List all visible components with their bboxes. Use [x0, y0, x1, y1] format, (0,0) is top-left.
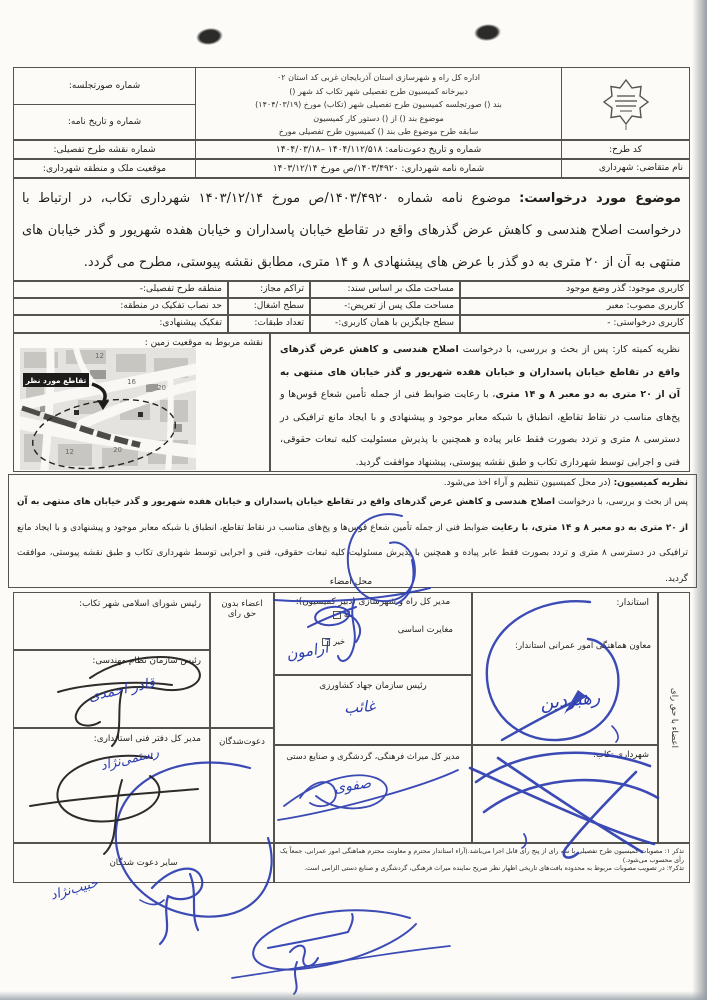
shahrdari-cell: شهرداری تکاب: — [472, 745, 658, 843]
invitees-cell: دعوت‌شدگان — [210, 728, 274, 843]
road-number: 20 — [113, 446, 122, 454]
info-cell: سطح جایگزین با همان کاربری:- — [310, 315, 460, 333]
road-number: 12 — [95, 352, 104, 360]
map-no-label: شماره نقشه طرح تفصیلی: — [53, 145, 155, 155]
commission-label: نظریه کمیسیون: — [614, 478, 688, 488]
no-vote-label: اعضاء بدون حق رای — [211, 593, 273, 619]
road-number: 20 — [157, 384, 166, 392]
info-cell: حد نصاب تفکیک در منطقه: — [13, 298, 228, 315]
footnote-2: تذکر۲: در تصویب مصوبات مربوط به محدوده ب… — [280, 864, 684, 873]
footnotes-cell: تذکر ۱: مصوبات کمیسیون طرح تفصیلی با سه … — [274, 843, 690, 883]
header-cell-logo — [561, 67, 690, 140]
signature-bottom-center — [232, 910, 450, 994]
page-edge-shadow-bottom — [0, 991, 707, 1000]
committee-pre: پس از بحث و بررسی، با درخواست — [459, 344, 613, 355]
committee-opinion-cell: نظریه کمیته کار: پس از بحث و بررسی، با د… — [270, 333, 690, 472]
map-label-text: تقاطع مورد نظر — [25, 376, 87, 385]
road-number: 16 — [127, 378, 136, 386]
footnote-1: تذکر ۱: مصوبات کمیسیون طرح تفصیلی با سه … — [280, 847, 684, 864]
fanni-label: مدیر کل دفتر فنی استانداری: — [14, 729, 209, 744]
plan-code-label: کد طرح: — [609, 145, 642, 155]
office-line-2: دبیرخانه کمیسیون طرح تفصیلی شهر تکاب کد … — [196, 85, 561, 99]
info-cell: سطح اشغال: — [228, 298, 310, 315]
yes-checkbox: بله — [333, 610, 353, 619]
jahad-label: رئیس سازمان جهاد کشاورزی — [275, 676, 471, 691]
info-subdiv-proposed: تفکیک پیشنهادی: — [14, 316, 227, 328]
council-label: رئیس شورای اسلامی شهر تکاب: — [14, 593, 209, 609]
office-line-1: اداره کل راه و شهرسازی استان آذربایجان غ… — [196, 71, 561, 85]
heritage-cell: مدیر کل میراث فرهنگی، گردشگری و صنایع دس… — [274, 745, 472, 843]
info-floors: تعداد طبقات: — [229, 316, 309, 328]
info-density: تراکم مجاز: — [229, 282, 309, 294]
header-cell-location: موقعیت ملک و منطقه شهرداری: — [13, 159, 196, 178]
info-subdiv-limit: حد نصاب تفکیک در منطقه: — [14, 299, 227, 311]
request-block: موضوع مورد درخواست: موضوع نامه شماره ۱۴۰… — [13, 178, 690, 281]
handwriting-jahad-status: غائب — [343, 697, 376, 717]
info-cell: مساحت ملک بر اساس سند: — [310, 281, 460, 298]
committee-post: ، با رعایت ضوابط فنی از جمله تأمین شعاع … — [280, 389, 680, 468]
header-cell-applicant: نام متقاضی: شهرداری — [561, 159, 690, 178]
yes-label: بله — [344, 610, 353, 619]
map-caption: نقشه مربوط به موقعیت زمین : — [14, 334, 269, 348]
governor-cell: استاندار: معاون هماهنگی امور عمرانی استا… — [472, 592, 658, 745]
council-cell: رئیس شورای اسلامی شهر تکاب: — [13, 592, 210, 650]
info-cell: منطقه طرح تفصیلی:- — [13, 281, 228, 298]
committee-label: نظریه کمیته کار: — [612, 344, 680, 355]
others-cell: سایر دعوت شدگان — [13, 843, 274, 883]
minutes-no-label: شماره صورتجلسه: — [69, 81, 140, 91]
header-cell-minutes-no: شماره صورتجلسه: — [13, 67, 196, 105]
info-usage-requested: کاربری درخواستی: - — [461, 316, 689, 328]
letter-no-label: شماره و تاریخ نامه: — [68, 117, 141, 127]
dabir-cell: مدیر کل راه و شهرسازی (دبیر کمیسیون): مغ… — [274, 592, 472, 675]
with-vote-label: اعضاء با حق رای — [669, 688, 679, 748]
location-label: موقعیت ملک و منطقه شهرداری: — [43, 164, 166, 174]
signature-place-header: محل امضاء — [301, 577, 401, 587]
shahrdari-label: شهرداری تکاب: — [473, 746, 657, 760]
no-vote-cell: اعضاء بدون حق رای — [210, 592, 274, 728]
dabir-label: مدیر کل راه و شهرسازی (دبیر کمیسیون): — [275, 593, 471, 607]
header-cell-letter-line: شماره نامه شهرداری: ۱۴۰۳/۴۹۲۰/ص مورخ ۱۴۰… — [195, 159, 562, 178]
discrepancy-label: مغایرت اساسی — [398, 625, 453, 635]
invite-line: شماره و تاریخ دعوت‌نامه: ۱۴۰۴/۱۱۲/۵۱۸ –۱… — [276, 145, 481, 155]
fanni-cell: مدیر کل دفتر فنی استانداری: — [13, 728, 210, 843]
office-line-3: بند () صورتجلسه کمیسیون طرح تفصیلی شهر (… — [196, 98, 561, 112]
header-cell-invite: شماره و تاریخ دعوت‌نامه: ۱۴۰۴/۱۱۲/۵۱۸ –۱… — [195, 140, 562, 159]
no-label: خیر — [333, 637, 345, 646]
letter-line: شماره نامه شهرداری: ۱۴۰۳/۴۹۲۰/ص مورخ ۱۴۰… — [273, 164, 484, 174]
yes-checkbox-box — [333, 611, 341, 619]
with-vote-strip: اعضاء با حق رای — [658, 592, 690, 843]
header-cell-map-no: شماره نقشه طرح تفصیلی: — [13, 140, 196, 159]
info-usage-approved: کاربری مصوب: معبر — [461, 299, 689, 311]
site-map: تقاطع مورد نظر 12 16 20 12 20 — [20, 348, 196, 470]
info-cell: کاربری مصوب: معبر — [460, 298, 690, 315]
page-edge-shadow-right — [692, 0, 707, 1000]
request-label: موضوع مورد درخواست: — [519, 191, 681, 206]
commission-pre: پس از بحث و بررسی، با درخواست — [555, 497, 688, 507]
office-line-5: سابقه طرح موضوع طی بند () کمیسیون طرح تف… — [279, 125, 479, 140]
deputy-label: معاون هماهنگی امور عمرانی استاندار: — [515, 641, 651, 651]
info-cell: تراکم مجاز: — [228, 281, 310, 298]
heritage-label: مدیر کل میراث فرهنگی، گردشگری و صنایع دس… — [275, 746, 471, 761]
punch-hole-right — [473, 23, 501, 42]
applicant-line: نام متقاضی: شهرداری — [562, 160, 689, 173]
info-cell: کاربری موجود: گذر وضع موجود — [460, 281, 690, 298]
info-cell: تفکیک پیشنهادی: — [13, 315, 228, 333]
info-cell: مساحت ملک پس از تعریض:- — [310, 298, 460, 315]
info-usage-existing: کاربری موجود: گذر وضع موجود — [461, 282, 689, 294]
map-cell: نقشه مربوط به موقعیت زمین : — [13, 333, 270, 472]
eight-pointed-star-seal-icon — [600, 76, 652, 132]
info-area-after: مساحت ملک پس از تعریض:- — [311, 299, 459, 311]
header-cell-letter-no: شماره و تاریخ نامه: — [13, 104, 196, 140]
road-number: 12 — [65, 448, 74, 456]
header-cell-office: اداره کل راه و شهرسازی استان آذربایجان غ… — [195, 67, 562, 140]
info-replacement: سطح جایگزین با همان کاربری:- — [311, 316, 459, 328]
governor-label: استاندار: — [473, 593, 657, 608]
scanned-document-page: شماره صورتجلسه: شماره و تاریخ نامه: ادار… — [0, 0, 707, 1000]
info-cell: تعداد طبقات: — [228, 315, 310, 333]
header-cell-plan-code: کد طرح: — [561, 140, 690, 159]
punch-hole-left — [195, 26, 224, 47]
office-line-4: موضوع بند () از () دستور کار کمیسیون — [196, 112, 561, 126]
commission-block: نظریه کمیسیون: (در محل کمیسیون تنظیم و آ… — [8, 474, 697, 588]
info-cell: کاربری درخواستی: - — [460, 315, 690, 333]
invitees-label: دعوت‌شدگان — [211, 729, 273, 747]
others-label: سایر دعوت شدگان — [14, 844, 273, 882]
info-occupancy: سطح اشغال: — [229, 299, 309, 311]
info-zone: منطقه طرح تفصیلی:- — [14, 282, 227, 294]
commission-sub: (در محل کمیسیون تنظیم و آراء اخذ می‌شود. — [444, 478, 614, 488]
nezam-label: رئیس سازمان نظام مهندسی: — [14, 651, 209, 666]
info-area-deed: مساحت ملک بر اساس سند: — [311, 282, 459, 294]
